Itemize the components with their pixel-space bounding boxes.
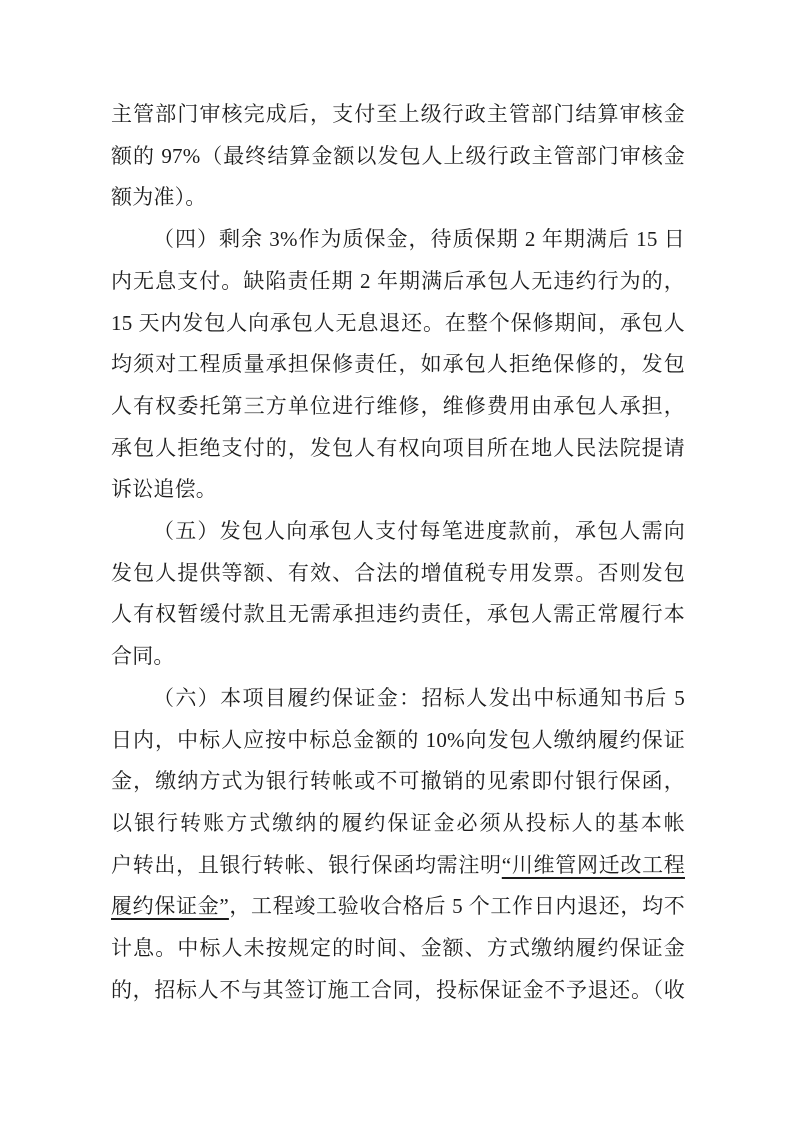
- text-segment: 以银行转账方式缴纳的履约保证金必须从投标人的基本帐: [111, 811, 685, 835]
- text-line: 均须对工程质量承担保修责任，如承包人拒绝保修的，发包: [111, 344, 685, 386]
- text-line: 的，招标人不与其签订施工合同，投标保证金不予退还。（收: [111, 970, 685, 1012]
- text-segment: 计息。中标人未按规定的时间、金额、方式缴纳履约保证金: [111, 936, 685, 960]
- text-segment: 人有权暂缓付款且无需承担违约责任，承包人需正常履行本: [111, 602, 685, 626]
- text-segment: （六）本项目履约保证金：招标人发出中标通知书后 5: [153, 686, 685, 710]
- text-segment: 均须对工程质量承担保修责任，如承包人拒绝保修的，发包: [111, 352, 685, 376]
- text-segment: 主管部门审核完成后，支付至上级行政主管部门结算审核金: [111, 102, 685, 126]
- text-line: 日内，中标人应按中标总金额的 10%向发包人缴纳履约保证: [111, 720, 685, 762]
- text-line: 金，缴纳方式为银行转帐或不可撤销的见索即付银行保函，: [111, 761, 685, 803]
- text-segment: （五）发包人向承包人支付每笔进度款前，承包人需向: [153, 519, 685, 543]
- paragraph-clause-6-performance-bond: （六）本项目履约保证金：招标人发出中标通知书后 5日内，中标人应按中标总金额的 …: [111, 678, 685, 1012]
- document-page: 主管部门审核完成后，支付至上级行政主管部门结算审核金额的 97%（最终结算金额以…: [0, 0, 793, 1122]
- text-line: 以银行转账方式缴纳的履约保证金必须从投标人的基本帐: [111, 803, 685, 845]
- document-content: 主管部门审核完成后，支付至上级行政主管部门结算审核金额的 97%（最终结算金额以…: [111, 94, 685, 1011]
- text-line: 履约保证金”，工程竣工验收合格后 5 个工作日内退还，均不: [111, 886, 685, 928]
- text-segment: 金，缴纳方式为银行转帐或不可撤销的见索即付银行保函，: [111, 769, 685, 793]
- text-line: 户转出，且银行转帐、银行保函均需注明“川维管网迁改工程: [111, 845, 685, 887]
- text-segment: 诉讼追偿。: [111, 477, 217, 501]
- text-line: 人有权暂缓付款且无需承担违约责任，承包人需正常履行本: [111, 594, 685, 636]
- text-segment: 额的 97%（最终结算金额以发包人上级行政主管部门审核金: [111, 144, 685, 168]
- text-line: 诉讼追偿。: [111, 469, 685, 511]
- text-segment: 发包人提供等额、有效、合法的增值税专用发票。否则发包: [111, 561, 685, 585]
- text-segment: 的，招标人不与其签订施工合同，投标保证金不予退还。（收: [111, 978, 685, 1002]
- text-line: （四）剩余 3%作为质保金，待质保期 2 年期满后 15 日: [111, 219, 685, 261]
- text-segment: 额为准）。: [111, 185, 207, 209]
- text-line: （六）本项目履约保证金：招标人发出中标通知书后 5: [111, 678, 685, 720]
- text-line: 主管部门审核完成后，支付至上级行政主管部门结算审核金: [111, 94, 685, 136]
- text-segment: 内无息支付。缺陷责任期 2 年期满后承包人无违约行为的，: [111, 269, 685, 293]
- text-segment: 日内，中标人应按中标总金额的 10%向发包人缴纳履约保证: [111, 728, 685, 752]
- text-line: 额的 97%（最终结算金额以发包人上级行政主管部门审核金: [111, 136, 685, 178]
- paragraph-clause-5-vat-invoice: （五）发包人向承包人支付每笔进度款前，承包人需向发包人提供等额、有效、合法的增值…: [111, 511, 685, 678]
- text-line: 15 天内发包人向承包人无息退还。在整个保修期间，承包人: [111, 303, 685, 345]
- text-segment: 15 天内发包人向承包人无息退还。在整个保修期间，承包人: [111, 311, 685, 335]
- paragraph-clause-4-quality-retention: （四）剩余 3%作为质保金，待质保期 2 年期满后 15 日内无息支付。缺陷责任…: [111, 219, 685, 511]
- text-line: （五）发包人向承包人支付每笔进度款前，承包人需向: [111, 511, 685, 553]
- text-line: 计息。中标人未按规定的时间、金额、方式缴纳履约保证金: [111, 928, 685, 970]
- text-line: 发包人提供等额、有效、合法的增值税专用发票。否则发包: [111, 553, 685, 595]
- text-segment: 户转出，且银行转帐、银行保函均需注明: [111, 853, 502, 877]
- text-segment: （四）剩余 3%作为质保金，待质保期 2 年期满后 15 日: [153, 227, 685, 251]
- text-line: 合同。: [111, 636, 685, 678]
- text-segment: ，工程竣工验收合格后 5 个工作日内退还，均不: [229, 894, 685, 918]
- text-line: 承包人拒绝支付的，发包人有权向项目所在地人民法院提请: [111, 428, 685, 470]
- text-segment: 人有权委托第三方单位进行维修，维修费用由承包人承担，: [111, 394, 685, 418]
- text-segment: 承包人拒绝支付的，发包人有权向项目所在地人民法院提请: [111, 436, 685, 460]
- paragraph-settlement-payment-continuation: 主管部门审核完成后，支付至上级行政主管部门结算审核金额的 97%（最终结算金额以…: [111, 94, 685, 219]
- text-line: 人有权委托第三方单位进行维修，维修费用由承包人承担，: [111, 386, 685, 428]
- text-segment: 合同。: [111, 644, 175, 668]
- text-line: 额为准）。: [111, 177, 685, 219]
- underlined-text: 履约保证金”: [111, 894, 229, 918]
- underlined-text: “川维管网迁改工程: [502, 853, 685, 877]
- text-line: 内无息支付。缺陷责任期 2 年期满后承包人无违约行为的，: [111, 261, 685, 303]
